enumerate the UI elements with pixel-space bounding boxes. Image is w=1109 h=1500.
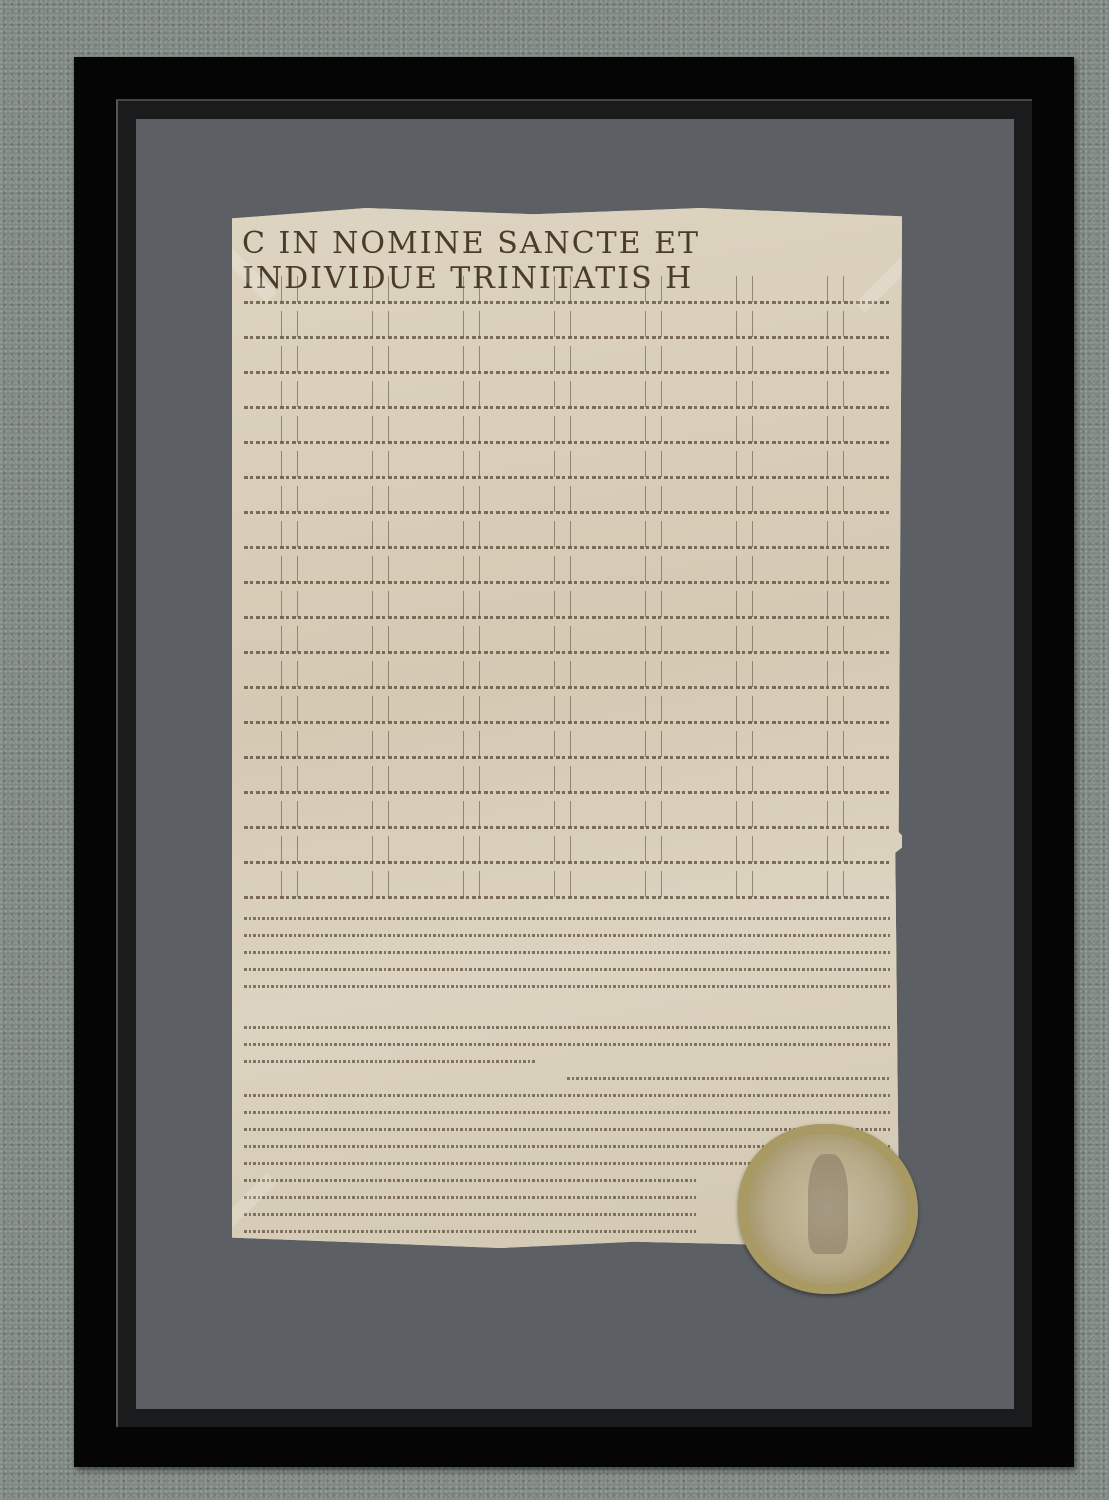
text-line <box>244 838 890 873</box>
text-line <box>244 313 890 348</box>
text-line <box>244 733 890 768</box>
text-line <box>244 383 890 418</box>
text-line <box>244 768 890 803</box>
text-line <box>244 453 890 488</box>
text-line <box>244 523 890 558</box>
seal-figure <box>808 1154 848 1254</box>
text-line <box>244 803 890 838</box>
text-line <box>244 558 890 593</box>
parchment-charter: C IN NOMINE SANCTE ET INDIVIDUE TRINITAT… <box>232 208 902 1248</box>
text-line <box>244 418 890 453</box>
text-line <box>244 488 890 523</box>
text-line <box>244 663 890 698</box>
text-line <box>244 698 890 733</box>
charter-main-text <box>244 278 890 908</box>
text-line <box>244 348 890 383</box>
text-line <box>244 593 890 628</box>
text-line <box>244 628 890 663</box>
text-line <box>244 278 890 313</box>
text-line <box>244 873 890 908</box>
wax-seal <box>738 1124 918 1294</box>
